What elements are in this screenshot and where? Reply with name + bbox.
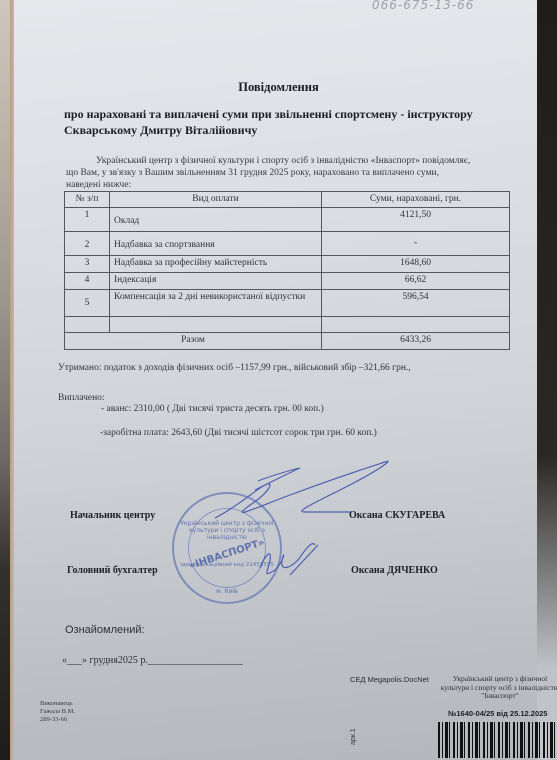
executor-label: Виконавець: [40, 700, 75, 708]
executor-block: Виконавець Гажала В.М. 289-33-66: [40, 700, 75, 724]
sheet-number: арк.1: [350, 728, 357, 745]
acknowledged-date-line: «___» грудня2025 р.___________________: [62, 655, 243, 666]
registration-number: №1640-04/25 від 25.12.2025: [448, 709, 547, 718]
sed-system-label: СЕД Megapolis.DocNet: [350, 675, 429, 684]
barcode: [438, 722, 557, 758]
executor-name: Гажала В.М.: [40, 708, 75, 716]
registration-org-line-3: "Інваспорт": [437, 692, 557, 701]
acknowledged-label: Ознайомлений:: [65, 624, 145, 636]
handwritten-signatures: [0, 0, 557, 760]
registration-org: Український центр з фізичної культури і …: [437, 675, 557, 701]
executor-phone: 289-33-66: [40, 716, 75, 724]
